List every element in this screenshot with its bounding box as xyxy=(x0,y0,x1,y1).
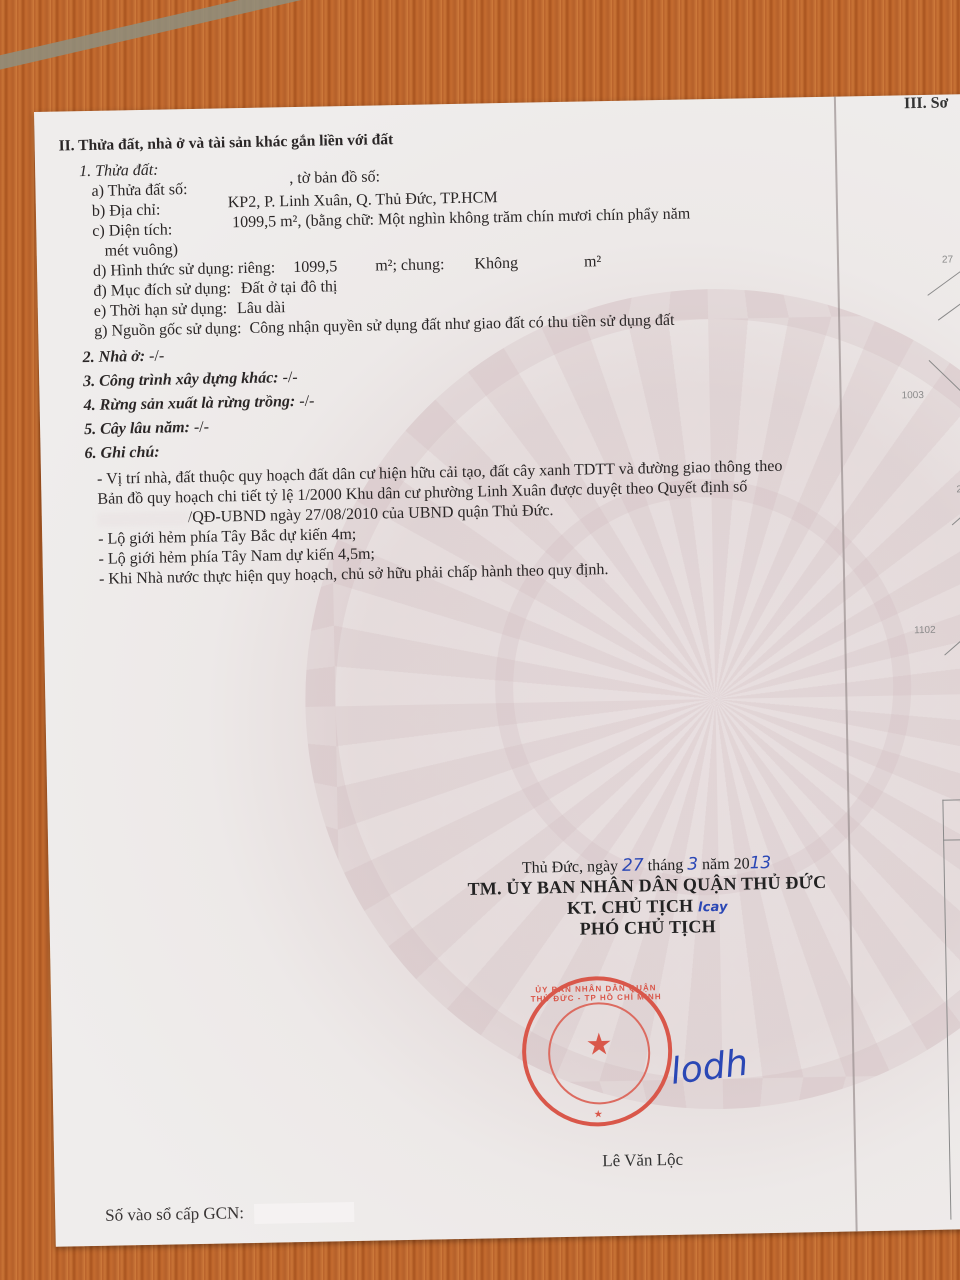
item-label: 5. Cây lâu năm: xyxy=(84,419,190,438)
sign-place: Thủ Đức, ngày xyxy=(522,858,619,877)
sign-day: 27 xyxy=(622,855,644,875)
sign-month-label: tháng xyxy=(648,857,684,875)
sign-year-label: năm 20 xyxy=(702,855,750,873)
parcel-label: a) Thửa đất số: xyxy=(91,180,187,202)
redacted-registry-number xyxy=(254,1202,354,1224)
role-line-1: KT. CHỦ TỊCH xyxy=(567,895,694,917)
usage-shared-unit: m² xyxy=(584,253,602,270)
address-label: b) Địa chỉ: xyxy=(92,201,161,222)
section-ii: II. Thửa đất, nhà ở và tài sản khác gắn … xyxy=(58,122,847,591)
area-unit: m² xyxy=(280,213,298,230)
item-label: 4. Rừng sản xuất là rừng trồng: xyxy=(83,393,295,414)
usage-form-label: d) Hình thức sử dụng: riêng: xyxy=(93,259,276,279)
area-label: c) Diện tích: xyxy=(92,220,172,242)
land-heading-text: 1. Thửa đất: xyxy=(79,162,159,181)
term-label: e) Thời hạn sử dụng: xyxy=(94,300,228,320)
map-label: 27 xyxy=(942,254,953,265)
notes-heading-text: 6. Ghi chú: xyxy=(84,444,159,462)
official-stamp: ỦY BAN NHÂN DÂN QUẬN THỦ ĐỨC - TP HỒ CHÍ… xyxy=(521,975,674,1128)
initials: lcay xyxy=(698,900,728,916)
map-label: 29 xyxy=(956,484,960,495)
registry-label: Số vào sổ cấp GCN: xyxy=(105,1203,244,1225)
usage-shared-value: Không xyxy=(474,255,518,273)
usage-private-value: 1099,5 xyxy=(293,258,337,276)
origin-label: g) Nguồn gốc sử dụng: xyxy=(94,320,242,340)
stamp-text: ỦY BAN NHÂN DÂN QUẬN THỦ ĐỨC - TP HỒ CHÍ… xyxy=(525,983,667,1004)
area-value: 1099,5 xyxy=(232,213,276,231)
item-label: 2. Nhà ở: xyxy=(83,348,146,366)
sign-year: 13 xyxy=(749,853,771,873)
purpose-value: Đất ở tại đô thị xyxy=(241,278,338,297)
signature-block: Thủ Đức, ngày 27 tháng 3 năm 2013 TM. ỦY… xyxy=(416,851,878,943)
item-value: -/- xyxy=(299,393,314,410)
small-star-icon: ★ xyxy=(527,1108,669,1122)
map-label: 1102 xyxy=(914,625,936,636)
stamp-emblem: ★ xyxy=(547,1001,651,1105)
registry-number-row: Số vào sổ cấp GCN: xyxy=(105,1201,354,1227)
item-value: -/- xyxy=(149,348,164,365)
redacted-decision-number xyxy=(98,511,188,527)
right-page-title: III. Sơ xyxy=(904,94,949,113)
map-sheet-label: , tờ bản đồ số: xyxy=(289,167,380,189)
star-icon: ★ xyxy=(550,1029,649,1061)
usage-private-unit: m²; chung: xyxy=(375,256,445,274)
wall-crack xyxy=(0,0,781,74)
land-certificate-page: III. Sơ 27 1003 29 59 1102 II. Thửa đất,… xyxy=(34,93,960,1247)
sign-month: 3 xyxy=(687,854,698,874)
item-label: 3. Công trình xây dựng khác: xyxy=(83,369,279,390)
item-value: -/- xyxy=(282,369,297,386)
map-label: 1003 xyxy=(902,390,924,401)
signer-name: Lê Văn Lộc xyxy=(602,1150,683,1172)
purpose-label: đ) Mục đích sử dụng: xyxy=(93,280,231,300)
term-value: Lâu dài xyxy=(237,299,286,317)
item-value: -/- xyxy=(194,419,209,436)
